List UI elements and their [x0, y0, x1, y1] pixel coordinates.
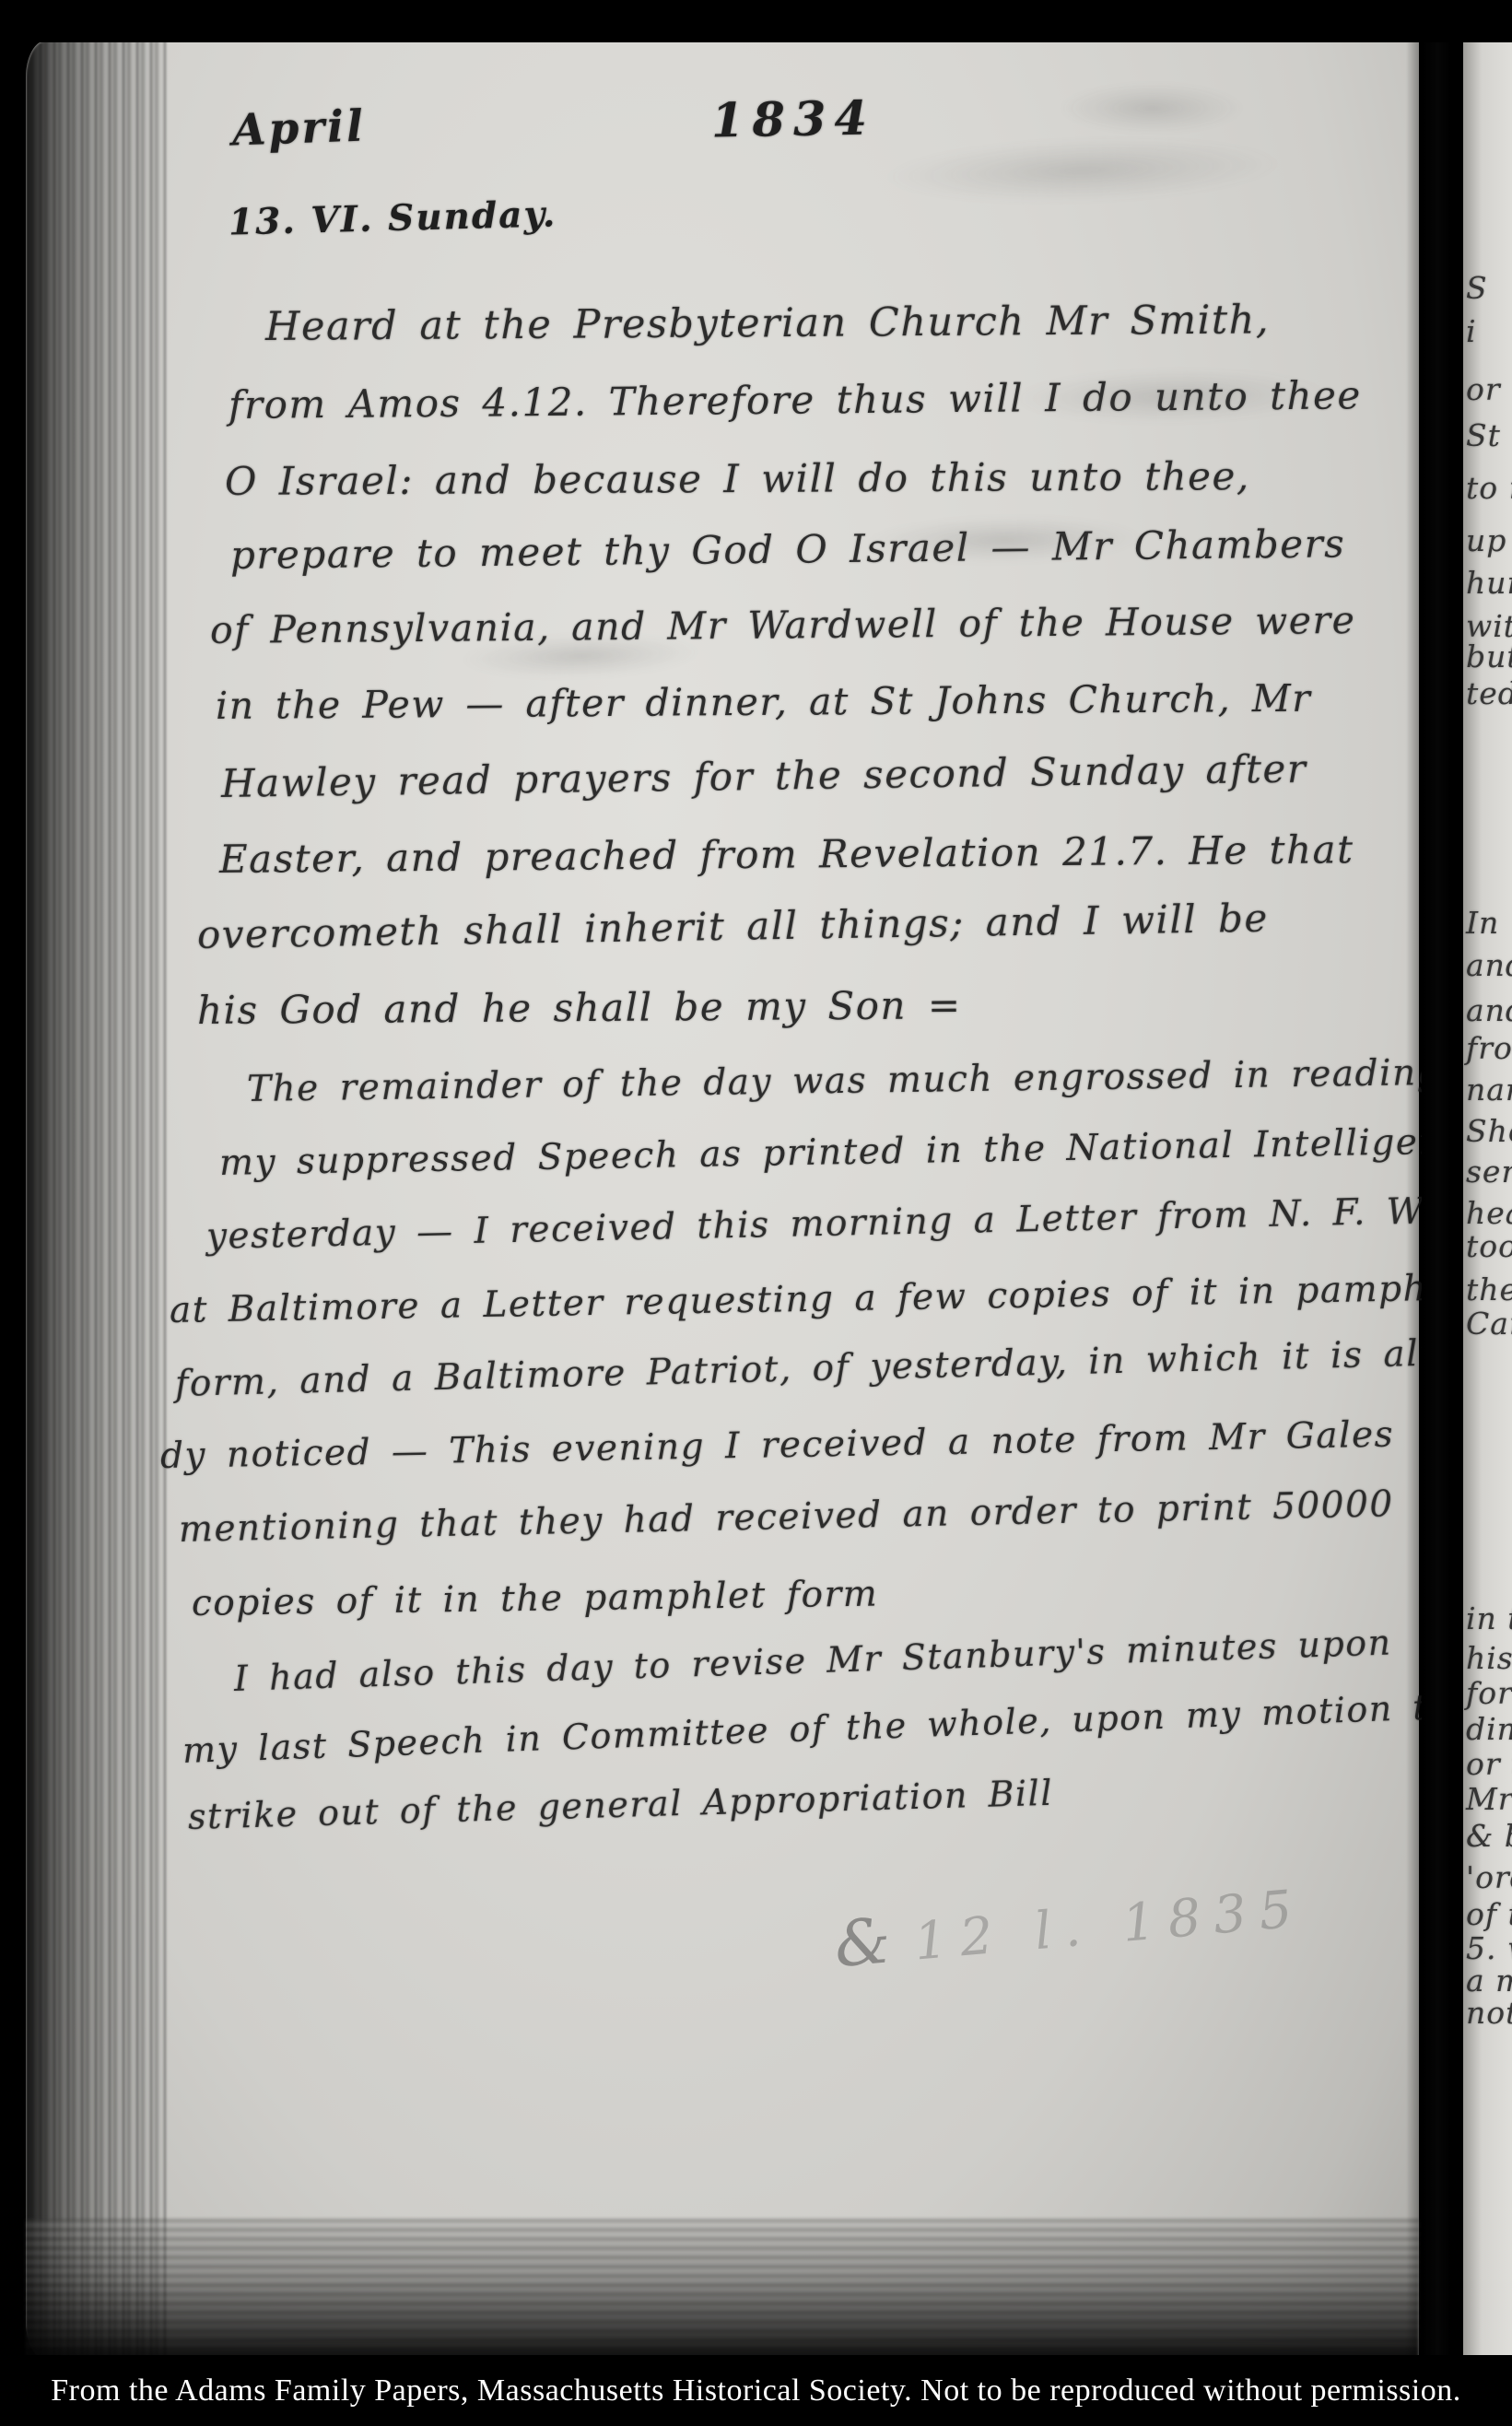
- entry-line: prepare to meet thy God O Israel — Mr Ch…: [230, 521, 1346, 578]
- entry-line: O Israel: and because I will do this unt…: [225, 453, 1250, 504]
- entry-line: of Pennsylvania, and Mr Wardwell of the …: [210, 598, 1356, 652]
- facing-page-text-fragment: Caroli: [1466, 1306, 1512, 1342]
- facing-page-text-fragment: Mr Gr: [1466, 1781, 1512, 1817]
- facing-page-text-fragment: and: [1466, 992, 1512, 1028]
- year-heading: 1834: [710, 90, 875, 148]
- entry-line: Easter, and preached from Revelation 21.…: [219, 826, 1354, 882]
- facing-page-text-fragment: in the: [1466, 1600, 1512, 1636]
- facing-page-text-fragment: nam: [1466, 1072, 1512, 1108]
- entry-line: The remainder of the day was much engros…: [247, 1052, 1442, 1110]
- facing-page-text-fragment: his Sp: [1466, 1640, 1512, 1676]
- facing-page-sliver: SiorStto ruphunwitbuttedInandandfromnamS…: [1463, 42, 1512, 2357]
- ink-bleedthrough: [884, 132, 1282, 210]
- entry-line: Heard at the Presbyterian Church Mr Smit…: [265, 297, 1270, 350]
- facing-page-text-fragment: or the: [1466, 1746, 1512, 1782]
- ink-bleedthrough: [460, 629, 701, 682]
- entry-line: form, and a Baltimore Patriot, of yester…: [174, 1331, 1483, 1405]
- facing-page-text-fragment: & but h: [1466, 1818, 1512, 1854]
- faint-inscription: &12 l. 1835: [832, 1869, 1308, 1982]
- handwriting-layer: April 1834 13. VI. Sunday. Heard at the …: [0, 0, 1512, 2426]
- facing-page-text-fragment: but: [1466, 639, 1512, 674]
- inscription-flourish: &: [832, 1904, 894, 1982]
- month-heading: April: [231, 100, 367, 156]
- facing-page-text-fragment: from: [1466, 1030, 1512, 1066]
- facing-page-text-fragment: took a: [1466, 1228, 1512, 1264]
- scanned-diary-photograph: April 1834 13. VI. Sunday. Heard at the …: [0, 0, 1512, 2426]
- ink-bleedthrough: [1014, 366, 1328, 427]
- ink-bleedthrough: [1060, 83, 1244, 134]
- caption-text: From the Adams Family Papers, Massachuse…: [51, 2373, 1460, 2408]
- entry-line: mentioning that they had received an ord…: [179, 1483, 1395, 1551]
- facing-page-text-fragment: to r: [1466, 470, 1512, 506]
- facing-page-text-fragment: hun: [1466, 565, 1512, 601]
- facing-page-text-fragment: i: [1466, 313, 1477, 349]
- facing-page-text-fragment: S: [1466, 270, 1488, 306]
- facing-page-text-fragment: Shoul: [1466, 1113, 1512, 1149]
- entry-line: his God and he shall be my Son =: [197, 982, 962, 1033]
- facing-page-text-fragment: 5. when: [1466, 1930, 1512, 1966]
- entry-line: my last Speech in Committee of the whole…: [182, 1686, 1451, 1771]
- entry-line: dy noticed — This evening I received a n…: [160, 1414, 1395, 1477]
- facing-page-text-fragment: of the S: [1466, 1896, 1512, 1932]
- facing-page-text-fragment: the St: [1466, 1272, 1512, 1307]
- entry-line: copies of it in the pamphlet form: [192, 1574, 879, 1624]
- facing-page-text-fragment: In: [1466, 905, 1499, 941]
- scan-top-border: [0, 0, 1512, 42]
- date-heading: 13. VI. Sunday.: [228, 193, 557, 243]
- facing-page-text-fragment: sente: [1466, 1154, 1512, 1190]
- entry-line: yesterday — I received this morning a Le…: [206, 1188, 1512, 1258]
- facing-page-text-fragment: dinar: [1466, 1711, 1512, 1747]
- facing-page-text-fragment: ted: [1466, 675, 1512, 711]
- caption-band: From the Adams Family Papers, Massachuse…: [0, 2355, 1512, 2426]
- entry-line: Hawley read prayers for the second Sunda…: [221, 746, 1307, 806]
- book-gutter-shadow: [1406, 0, 1467, 2426]
- ink-bleedthrough: [866, 513, 1143, 566]
- facing-page-text-fragment: for ou: [1466, 1675, 1512, 1711]
- entry-line: in the Pew — after dinner, at St Johns C…: [216, 676, 1312, 728]
- entry-line: my suppressed Speech as printed in the N…: [219, 1120, 1506, 1184]
- facing-page-text-fragment: up: [1466, 522, 1506, 558]
- entry-line: overcometh shall inherit all things; and…: [197, 896, 1270, 957]
- facing-page-text-fragment: hear t: [1466, 1195, 1512, 1231]
- facing-page-text-fragment: 'ord, an: [1466, 1859, 1512, 1895]
- inscription-text: 12 l. 1835: [912, 1879, 1307, 1973]
- entry-line: at Baltimore a Letter requesting a few c…: [170, 1267, 1480, 1331]
- facing-page-text-fragment: or: [1466, 371, 1501, 407]
- facing-page-text-fragment: and: [1466, 947, 1512, 983]
- entry-line: I had also this day to revise Mr Stanbur…: [233, 1623, 1392, 1699]
- facing-page-text-fragment: not ex: [1466, 1995, 1512, 2031]
- facing-page-text-fragment: a man: [1466, 1963, 1512, 1998]
- entry-line: strike out of the general Appropriation …: [187, 1773, 1053, 1837]
- facing-page-text-fragment: St: [1466, 417, 1501, 453]
